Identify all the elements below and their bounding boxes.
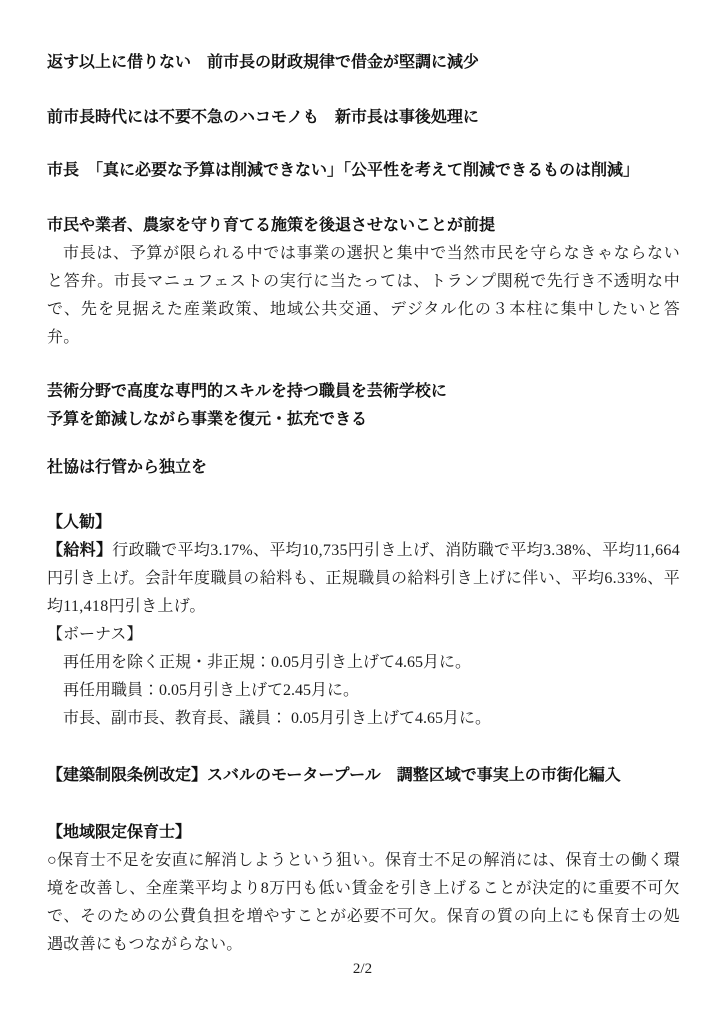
policy-section-heading: 市民や業者、農家を守り育てる施策を後退させないことが前提 [47,212,680,240]
salary-body-text: 行政職で平均3.17%、平均10,735円引き上げ、消防職で平均3.38%、平均… [47,542,680,615]
building-restriction-heading: 【建築制限条例改定】スバルのモータープール 調整区域で事実上の市街化編入 [47,762,680,790]
art-section-line1: 芸術分野で高度な専門的スキルを持つ職員を芸術学校に [47,378,680,406]
bonus-item-reemployed-staff: 再任用職員：0.05月引き上げて2.45月に。 [47,677,680,705]
childcare-section-heading: 【地域限定保育士】 [47,819,680,847]
policy-section-body: 市長は、予算が限られる中では事業の選択と集中で当然市民を守らなきゃならないと答弁… [47,240,680,352]
salary-paragraph: 【給料】行政職で平均3.17%、平均10,735円引き上げ、消防職で平均3.38… [47,537,680,621]
bonus-item-mayor-officials: 市長、副市長、教育長、議員： 0.05月引き上げて4.65月に。 [47,705,680,733]
jinkan-heading: 【人勧】 [47,509,680,537]
shakyo-heading: 社協は行管から独立を [47,454,680,482]
headline-hakomono: 前市長時代には不要不急のハコモノも 新市長は事後処理に [47,104,680,132]
bonus-label: 【ボーナス】 [47,621,680,649]
headline-mayor-quotes: 市長 「真に必要な予算は削減できない」「公平性を考えて削減できるものは削減」 [47,157,680,185]
document-page: 返す以上に借りない 前市長の財政規律で借金が堅調に減少 前市長時代には不要不急の… [0,0,725,1024]
page-number: 2/2 [0,958,725,980]
salary-label: 【給料】 [47,542,112,559]
childcare-section-body: ○保育士不足を安直に解消しようという狙い。保育士不足の解消には、保育士の働く環境… [47,847,680,959]
art-section-line2: 予算を節減しながら事業を復元・拡充できる [47,406,680,434]
bonus-item-regular-staff: 再任用を除く正規・非正規：0.05月引き上げて4.65月に。 [47,649,680,677]
headline-debt-reduction: 返す以上に借りない 前市長の財政規律で借金が堅調に減少 [47,49,680,77]
